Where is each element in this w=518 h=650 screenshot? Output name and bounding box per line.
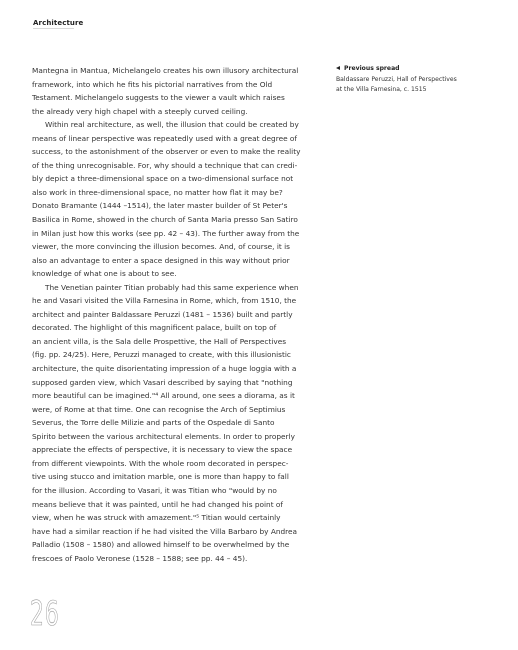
text-line: Palladio (1508 – 1580) and allowed himse… bbox=[32, 538, 320, 552]
text-line: have had a similar reaction if he had vi… bbox=[32, 525, 320, 539]
text-line: decorated. The highlight of this magnifi… bbox=[32, 321, 320, 335]
text-line: Testament. Michelangelo suggests to the … bbox=[32, 91, 320, 105]
caption-line: at the Villa Farnesina, c. 1515 bbox=[336, 85, 506, 96]
text-line: tive using stucco and imitation marble, … bbox=[32, 470, 320, 484]
sidebar-caption: Previous spread Baldassare Peruzzi, Hall… bbox=[336, 64, 506, 96]
body-text: Mantegna in Mantua, Michelangelo creates… bbox=[32, 64, 320, 565]
header-rule bbox=[33, 28, 74, 29]
text-line: of the thing unrecognisable. For, why sh… bbox=[32, 159, 320, 173]
text-line: Mantegna in Mantua, Michelangelo creates… bbox=[32, 64, 320, 78]
text-line: an ancient villa, is the Sala delle Pros… bbox=[32, 335, 320, 349]
text-line: he and Vasari visited the Villa Farnesin… bbox=[32, 294, 320, 308]
text-line: frescoes of Paolo Veronese (1528 – 1588;… bbox=[32, 552, 320, 566]
text-line: knowledge of what one is about to see. bbox=[32, 267, 320, 281]
text-line: also an advantage to enter a space desig… bbox=[32, 254, 320, 268]
paragraph-3: The Venetian painter Titian probably had… bbox=[32, 281, 320, 565]
text-line: from different viewpoints. With the whol… bbox=[32, 457, 320, 471]
text-line: the already very high chapel with a stee… bbox=[32, 105, 320, 119]
text-line: The Venetian painter Titian probably had… bbox=[32, 281, 320, 295]
caption-line: Baldassare Peruzzi, Hall of Perspectives bbox=[336, 75, 506, 86]
text-line: more beautiful can be imagined."⁴ All ar… bbox=[32, 389, 320, 403]
paragraph-2: Within real architecture, as well, the i… bbox=[32, 118, 320, 281]
text-line: architect and painter Baldassare Peruzzi… bbox=[32, 308, 320, 322]
text-line: Basilica in Rome, showed in the church o… bbox=[32, 213, 320, 227]
text-line: Severus, the Torre delle Milizie and par… bbox=[32, 416, 320, 430]
left-triangle-icon bbox=[336, 66, 340, 70]
sidebar-title: Previous spread bbox=[344, 65, 400, 72]
text-line: supposed garden view, which Vasari descr… bbox=[32, 376, 320, 390]
text-line: Spirito between the various architectura… bbox=[32, 430, 320, 444]
text-line: architecture, the quite disorientating i… bbox=[32, 362, 320, 376]
text-line: viewer, the more convincing the illusion… bbox=[32, 240, 320, 254]
text-line: means of linear perspective was repeated… bbox=[32, 132, 320, 146]
text-line: appreciate the effects of perspective, i… bbox=[32, 443, 320, 457]
text-line: were, of Rome at that time. One can reco… bbox=[32, 403, 320, 417]
text-line: bly depict a three-dimensional space on … bbox=[32, 172, 320, 186]
text-line: also work in three-dimensional space, no… bbox=[32, 186, 320, 200]
text-line: (fig. pp. 24/25). Here, Peruzzi managed … bbox=[32, 348, 320, 362]
text-line: means believe that it was painted, until… bbox=[32, 498, 320, 512]
text-line: for the illusion. According to Vasari, i… bbox=[32, 484, 320, 498]
text-line: view, when he was struck with amazement.… bbox=[32, 511, 320, 525]
text-line: Donato Bramante (1444 –1514), the later … bbox=[32, 199, 320, 213]
text-line: framework, into which he fits his pictor… bbox=[32, 78, 320, 92]
sidebar-title-row: Previous spread bbox=[336, 64, 506, 75]
text-line: in Milan just how this works (see pp. 42… bbox=[32, 227, 320, 241]
text-line: Within real architecture, as well, the i… bbox=[32, 118, 320, 132]
text-line: success, to the astonishment of the obse… bbox=[32, 145, 320, 159]
running-header: Architecture bbox=[33, 19, 83, 27]
paragraph-1: Mantegna in Mantua, Michelangelo creates… bbox=[32, 64, 320, 118]
page-number: 26 bbox=[30, 597, 59, 631]
